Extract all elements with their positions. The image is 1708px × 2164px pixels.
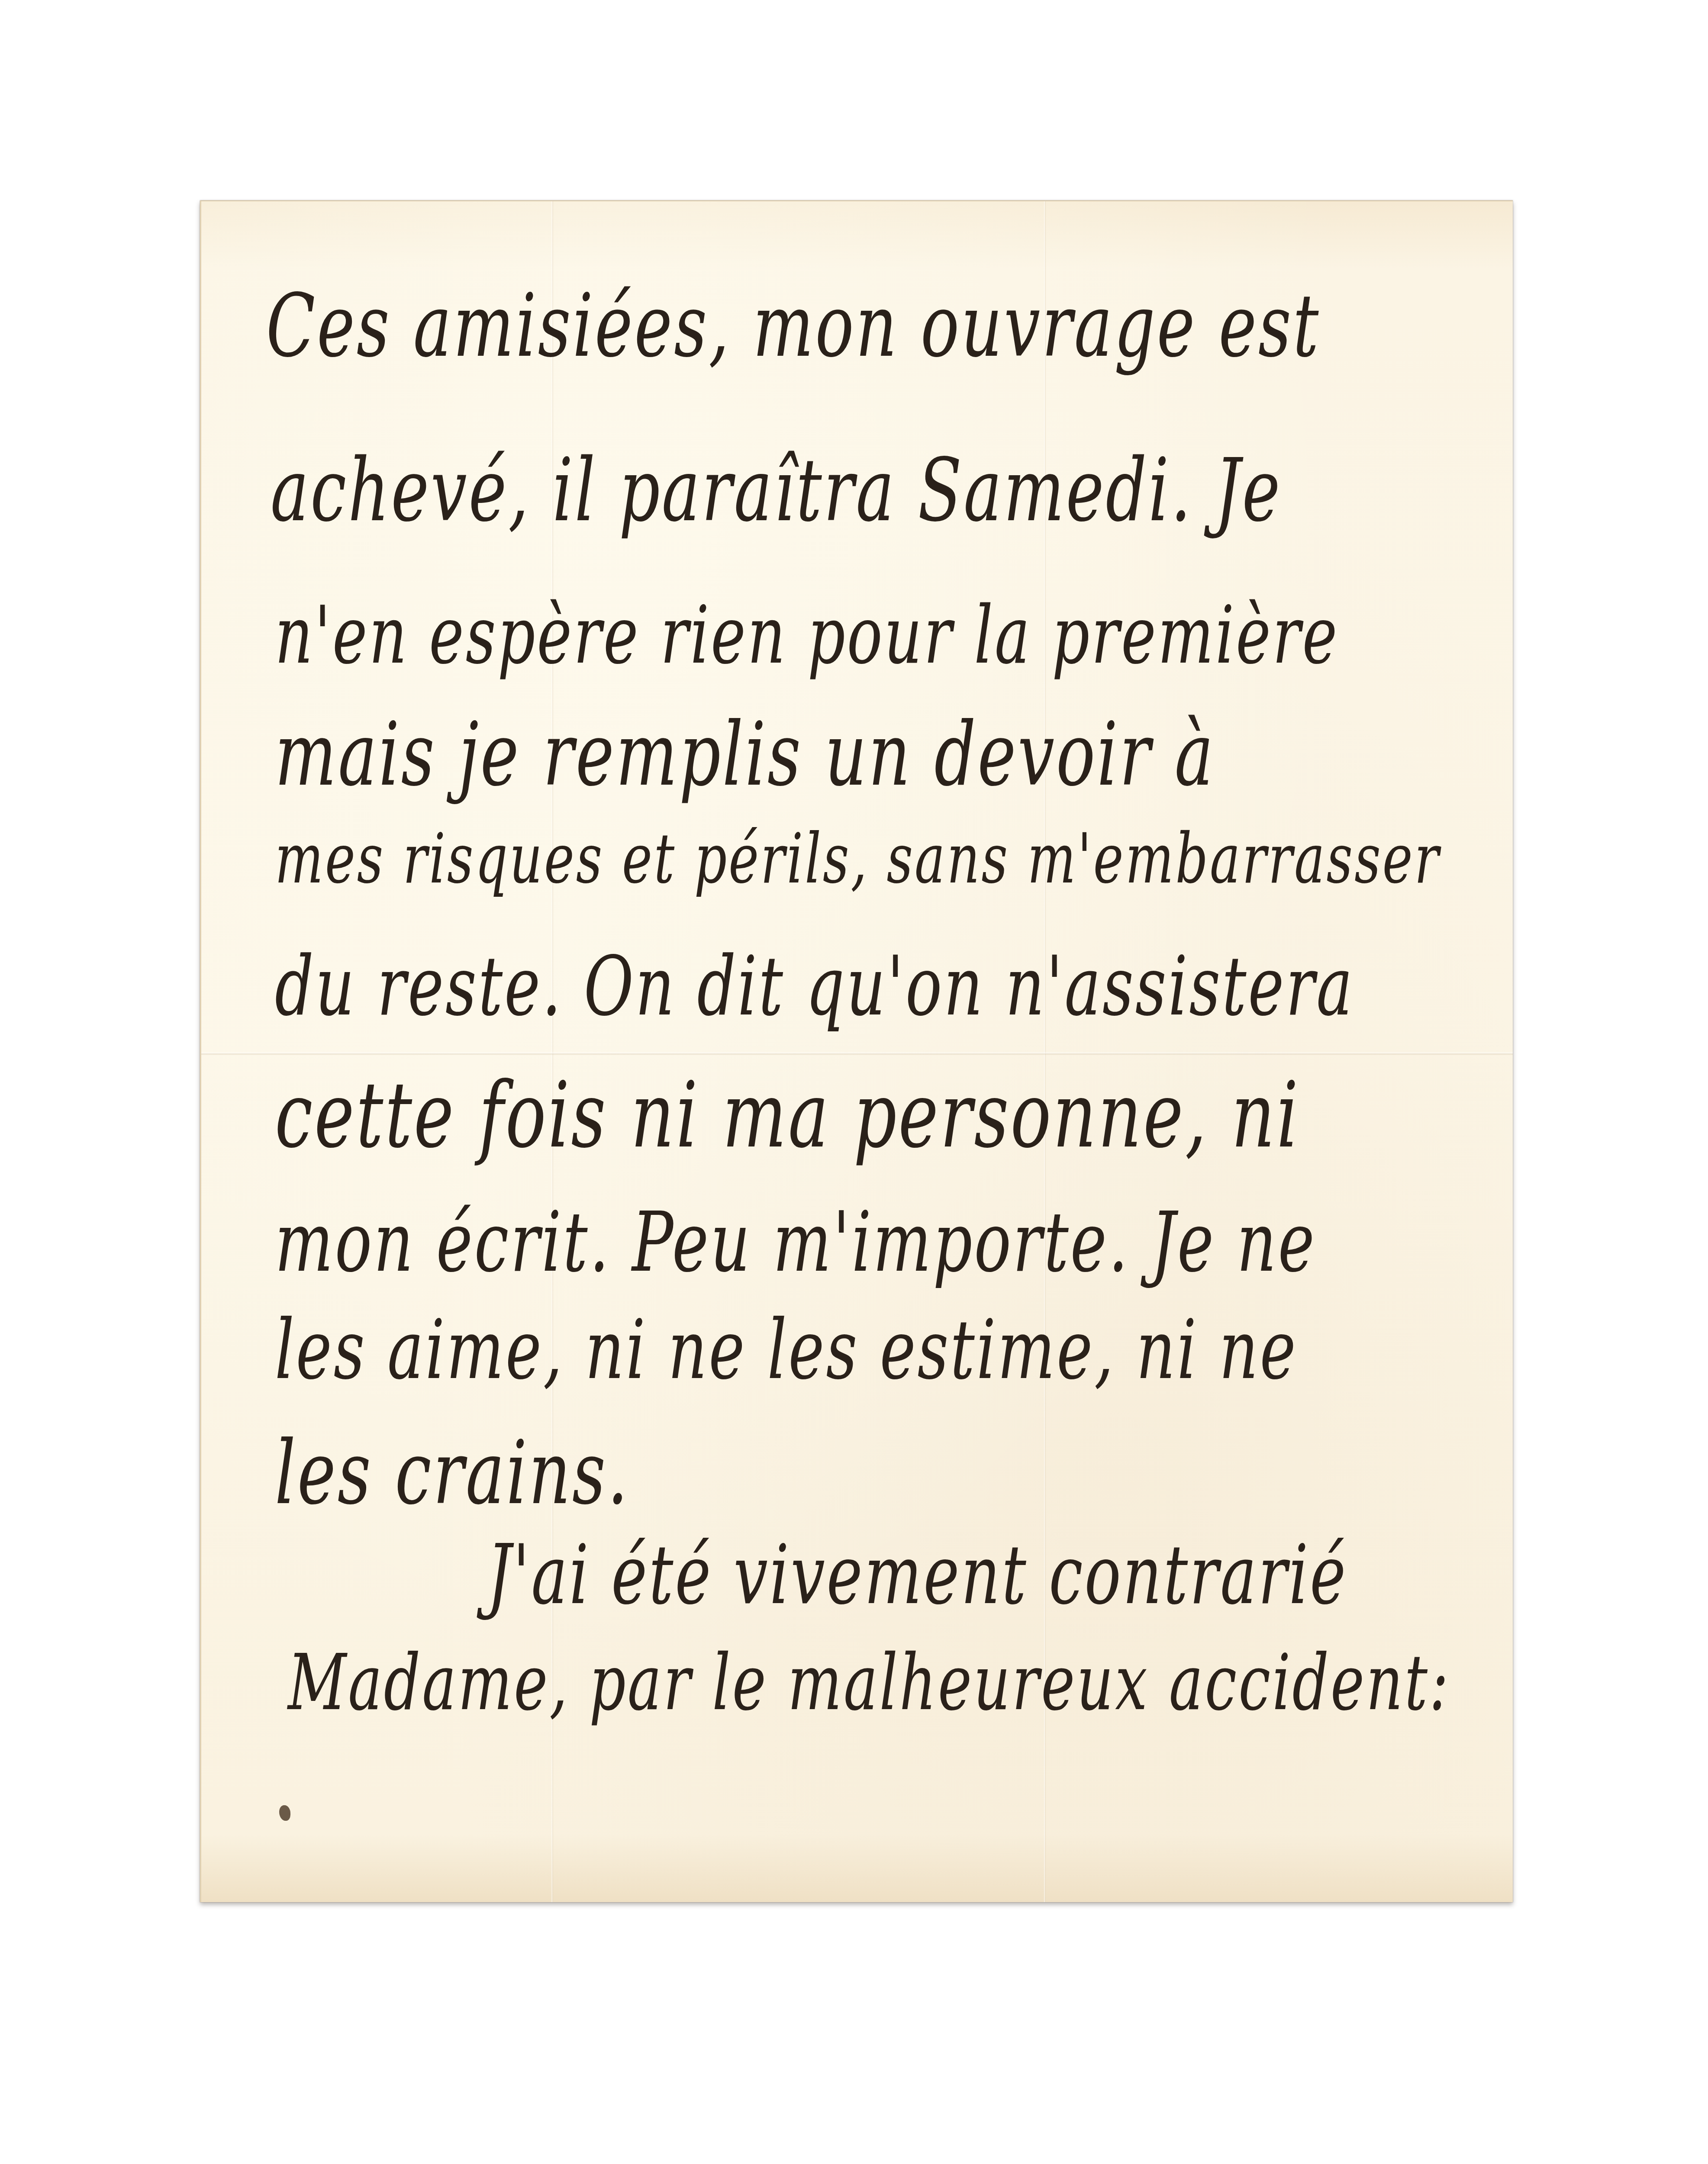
horizontal-fold-line (201, 1052, 1513, 1055)
handwritten-line: Madame, par le malheureux accident: (288, 1644, 1450, 1721)
handwritten-line: Ces amisiées, mon ouvrage est (266, 283, 1320, 369)
handwritten-line: mais je remplis un devoir à (275, 711, 1215, 799)
letter-paper: Ces amisiées, mon ouvrage est achevé, il… (200, 200, 1513, 1902)
handwritten-line: les crains. (275, 1430, 630, 1517)
handwritten-line: n'en espère rien pour la première (275, 596, 1339, 676)
handwritten-line: achevé, il paraîtra Samedi. Je (271, 447, 1282, 534)
handwritten-line: cette fois ni ma personne, ni (275, 1069, 1300, 1160)
handwritten-line: J'ai été vivement contrarié (487, 1535, 1347, 1617)
handwritten-line: mon écrit. Peu m'importe. Je ne (275, 1201, 1316, 1284)
handwritten-line: mes risques et périls, sans m'embarrasse… (275, 824, 1441, 893)
ink-blot (279, 1805, 290, 1821)
handwritten-line: du reste. On dit qu'on n'assistera (275, 946, 1354, 1028)
handwritten-line: les aime, ni ne les estime, ni ne (275, 1310, 1298, 1391)
